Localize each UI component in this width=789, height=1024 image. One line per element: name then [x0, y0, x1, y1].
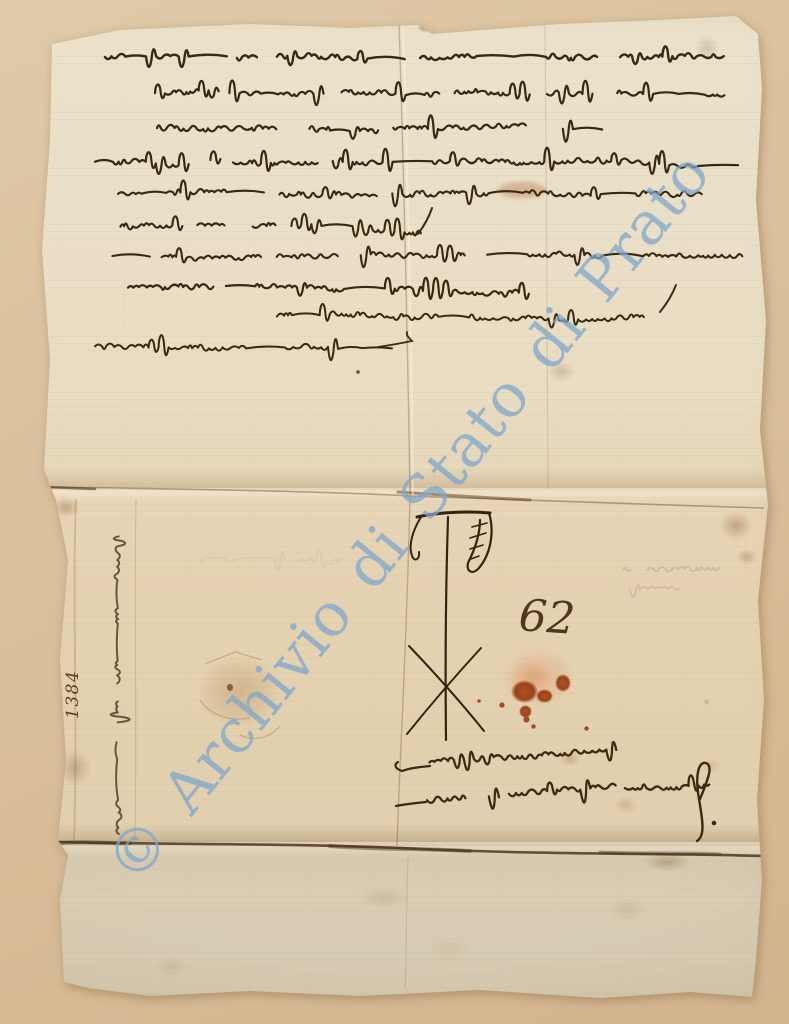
ink-smear: [498, 182, 546, 198]
scribble-line: [118, 180, 702, 206]
flap-stain: [348, 884, 420, 912]
scribble-line: [426, 771, 709, 813]
wax-blob: [536, 689, 553, 703]
docket-script: [111, 536, 130, 834]
wax-stain: [492, 644, 584, 720]
address-smudge: [556, 748, 584, 770]
handwriting-svg: [0, 0, 789, 1024]
flap-stain: [598, 893, 656, 925]
wax-dot: [499, 702, 505, 708]
address-smudge: [610, 793, 642, 817]
address-lines: [424, 735, 710, 813]
rust-stain: [714, 506, 758, 546]
edge-smudge: [42, 702, 62, 734]
ink-flourishes: [356, 208, 716, 841]
scribble-line: [630, 586, 725, 597]
scribble-line: [111, 536, 130, 834]
wax-blob: [555, 674, 571, 692]
lower-fold-shadow: [0, 824, 789, 842]
wax-dot: [477, 699, 481, 703]
lower-fold-highlight: [0, 846, 789, 858]
wax-blob: [511, 680, 538, 703]
fold-creases: [45, 22, 763, 988]
faint-dot: [702, 698, 711, 706]
ink-showthrough: [200, 550, 725, 597]
docket-year: 1384: [63, 670, 83, 719]
paper-shadow: 62 1384: [0, 0, 789, 1024]
edge-smudge: [54, 744, 96, 792]
scribble-line: [429, 742, 617, 773]
scribble-line: [155, 80, 724, 105]
scribble-line: [120, 214, 420, 239]
upper-fold-highlight: [0, 490, 789, 502]
wax-dot: [531, 724, 536, 729]
water-stain-dot: [227, 684, 233, 691]
letter-text-lines: [95, 46, 742, 360]
scribble-line: [128, 278, 529, 299]
bottom-flap-tint: [0, 845, 789, 1005]
middle-panel-tint: [0, 497, 789, 845]
edge-smudge: [48, 494, 84, 521]
flap-stain: [150, 953, 192, 981]
water-stain-lines: [200, 652, 280, 738]
scribble-line: [95, 148, 738, 174]
wax-dot: [523, 716, 530, 723]
wax-dot: [584, 726, 589, 731]
scribble-line: [623, 566, 719, 572]
corner-smudge: [691, 30, 723, 66]
faint-stain: [543, 358, 580, 385]
water-stain: [196, 650, 292, 742]
fold-smudge: [636, 850, 698, 874]
rust-stain: [733, 546, 761, 568]
address-smudge: [698, 756, 724, 775]
edge-nick: [415, 21, 436, 34]
flap-stain: [418, 930, 480, 972]
scribble-line: [277, 304, 666, 327]
merchant-mark: [407, 512, 492, 740]
scribble-line: [112, 245, 742, 267]
scribble-line: [95, 335, 392, 360]
wax-stain-mid: [503, 655, 561, 697]
scribble-line: [105, 46, 724, 67]
scribble-line: [157, 115, 602, 141]
wax-blob: [519, 705, 532, 718]
scribble-line: [200, 550, 341, 570]
letter-paper: 62 1384: [0, 0, 789, 1024]
scan-mat: 62 1384 © Archivio di Stato di Prato: [0, 0, 789, 1024]
folio-number: 62: [517, 590, 576, 645]
upper-fold-shadow: [0, 468, 789, 488]
